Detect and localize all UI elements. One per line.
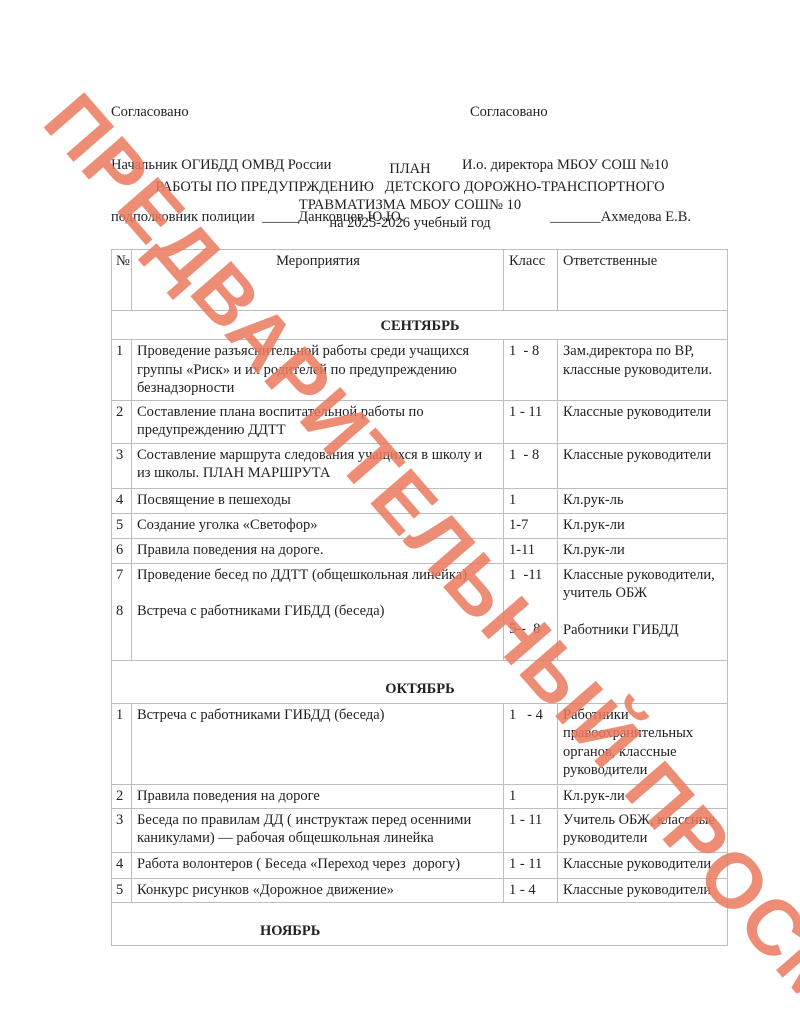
row-num-b: 8 (116, 602, 131, 621)
row-activity: Правила поведения на дороге (132, 784, 504, 808)
row-class: 1 - 11 (504, 808, 558, 852)
row-activity: Составление плана воспитательной работы … (132, 400, 504, 443)
table-row: 5 Создание уголка «Светофор» 1-7 Кл.рук-… (112, 513, 728, 538)
table-row: 1 Проведение разъяснительной работы сред… (112, 340, 728, 401)
row-class: 1 - 11 (504, 852, 558, 878)
row-num: 5 (112, 878, 132, 902)
plan-table: № Мероприятия Класс Ответственные СЕНТЯБ… (111, 249, 728, 946)
row-responsible: Учитель ОБЖ, классные руководители (558, 808, 728, 852)
row-class: 1 - 8 (504, 340, 558, 401)
row-activity: Конкурс рисунков «Дорожное движение» (132, 878, 504, 902)
row-class: 1-11 (504, 538, 558, 563)
title-school-year: на 2025-2026 учебный год (100, 214, 720, 232)
row-num: 1 (112, 703, 132, 784)
row-activity: Создание уголка «Светофор» (132, 513, 504, 538)
approval-label: Согласовано (462, 104, 691, 122)
row-activity: Проведение бесед по ДДТТ (общешкольная л… (132, 563, 504, 660)
row-activity: Встреча с работниками ГИБДД (беседа) (132, 703, 504, 784)
header-num: № (112, 250, 132, 311)
table-row: 3 Беседа по правилам ДД ( инструктаж пер… (112, 808, 728, 852)
month-row-october: ОКТЯБРЬ (112, 660, 728, 703)
row-class: 1 - 11 (504, 400, 558, 443)
month-heading: СЕНТЯБРЬ (112, 311, 728, 340)
table-row-combined: 7 8 Проведение бесед по ДДТТ (общешкольн… (112, 563, 728, 660)
row-num: 4 (112, 852, 132, 878)
row-num-a: 7 (116, 566, 131, 585)
row-class: 1 (504, 488, 558, 513)
title-plan: ПЛАН (100, 160, 720, 178)
row-responsible: Классные руководители (558, 400, 728, 443)
table-header-row: № Мероприятия Класс Ответственные (112, 250, 728, 311)
month-heading: НОЯБРЬ (112, 902, 728, 945)
row-class: 1 - 4 (504, 878, 558, 902)
row-num: 3 (112, 808, 132, 852)
row-class: 1 - 4 (504, 703, 558, 784)
month-heading: ОКТЯБРЬ (112, 660, 728, 703)
row-activity: Правила поведения на дороге. (132, 538, 504, 563)
row-num: 1 (112, 340, 132, 401)
row-num: 2 (112, 400, 132, 443)
table-row: 6 Правила поведения на дороге. 1-11 Кл.р… (112, 538, 728, 563)
document-page: Согласовано Начальник ОГИБДД ОМВД России… (0, 0, 800, 1024)
row-num: 3 (112, 443, 132, 488)
row-responsible: Классные руководители (558, 878, 728, 902)
row-num: 7 8 (112, 563, 132, 660)
title-subject-line-2: ТРАВМАТИЗМА МБОУ СОШ№ 10 (100, 196, 720, 214)
table-row: 2 Составление плана воспитательной работ… (112, 400, 728, 443)
row-class: 1 - 8 (504, 443, 558, 488)
document-title: ПЛАН РАБОТЫ ПО ПРЕДУПРЖДЕНИЮ ДЕТСКОГО ДО… (100, 160, 720, 232)
title-subject-line-1: РАБОТЫ ПО ПРЕДУПРЖДЕНИЮ ДЕТСКОГО ДОРОЖНО… (100, 178, 720, 196)
header-class: Класс (504, 250, 558, 311)
header-responsible: Ответственные (558, 250, 728, 311)
row-class: 1 (504, 784, 558, 808)
row-responsible-a: Классные руководители, учитель ОБЖ (563, 566, 723, 603)
row-activity: Составление маршрута следования учащихся… (132, 443, 504, 488)
row-responsible: Работники правоохранительных органов, кл… (558, 703, 728, 784)
row-activity: Работа волонтеров ( Беседа «Переход чере… (132, 852, 504, 878)
row-class-a: 1 -11 (509, 566, 553, 585)
row-num: 2 (112, 784, 132, 808)
row-responsible: Кл.рук-ли (558, 538, 728, 563)
row-class-b: 5-- 8 (509, 620, 553, 639)
row-num: 6 (112, 538, 132, 563)
approval-label: Согласовано (111, 104, 404, 122)
table-row: 1 Встреча с работниками ГИБДД (беседа) 1… (112, 703, 728, 784)
table-row: 4 Работа волонтеров ( Беседа «Переход че… (112, 852, 728, 878)
header-activity: Мероприятия (132, 250, 504, 311)
row-class: 1 -11 5-- 8 (504, 563, 558, 660)
row-activity: Посвящение в пешеходы (132, 488, 504, 513)
row-activity-b: Встреча с работниками ГИБДД (беседа) (137, 602, 499, 621)
month-row-september: СЕНТЯБРЬ (112, 311, 728, 340)
month-row-november: НОЯБРЬ (112, 902, 728, 945)
row-responsible: Кл.рук-ли (558, 784, 728, 808)
table-row: 2 Правила поведения на дороге 1 Кл.рук-л… (112, 784, 728, 808)
row-num: 5 (112, 513, 132, 538)
row-class: 1-7 (504, 513, 558, 538)
row-responsible: Классные руководители, учитель ОБЖ Работ… (558, 563, 728, 660)
row-responsible: Зам.директора по ВР, классные руководите… (558, 340, 728, 401)
table-row: 4 Посвящение в пешеходы 1 Кл.рук-ль (112, 488, 728, 513)
table-row: 3 Составление маршрута следования учащих… (112, 443, 728, 488)
row-responsible-b: Работники ГИБДД (563, 621, 723, 640)
row-responsible: Кл.рук-ли (558, 513, 728, 538)
row-responsible: Классные руководители (558, 852, 728, 878)
row-num: 4 (112, 488, 132, 513)
row-responsible: Кл.рук-ль (558, 488, 728, 513)
row-activity: Беседа по правилам ДД ( инструктаж перед… (132, 808, 504, 852)
table-row: 5 Конкурс рисунков «Дорожное движение» 1… (112, 878, 728, 902)
row-responsible: Классные руководители (558, 443, 728, 488)
row-activity: Проведение разъяснительной работы среди … (132, 340, 504, 401)
row-activity-a: Проведение бесед по ДДТТ (общешкольная л… (137, 566, 499, 585)
